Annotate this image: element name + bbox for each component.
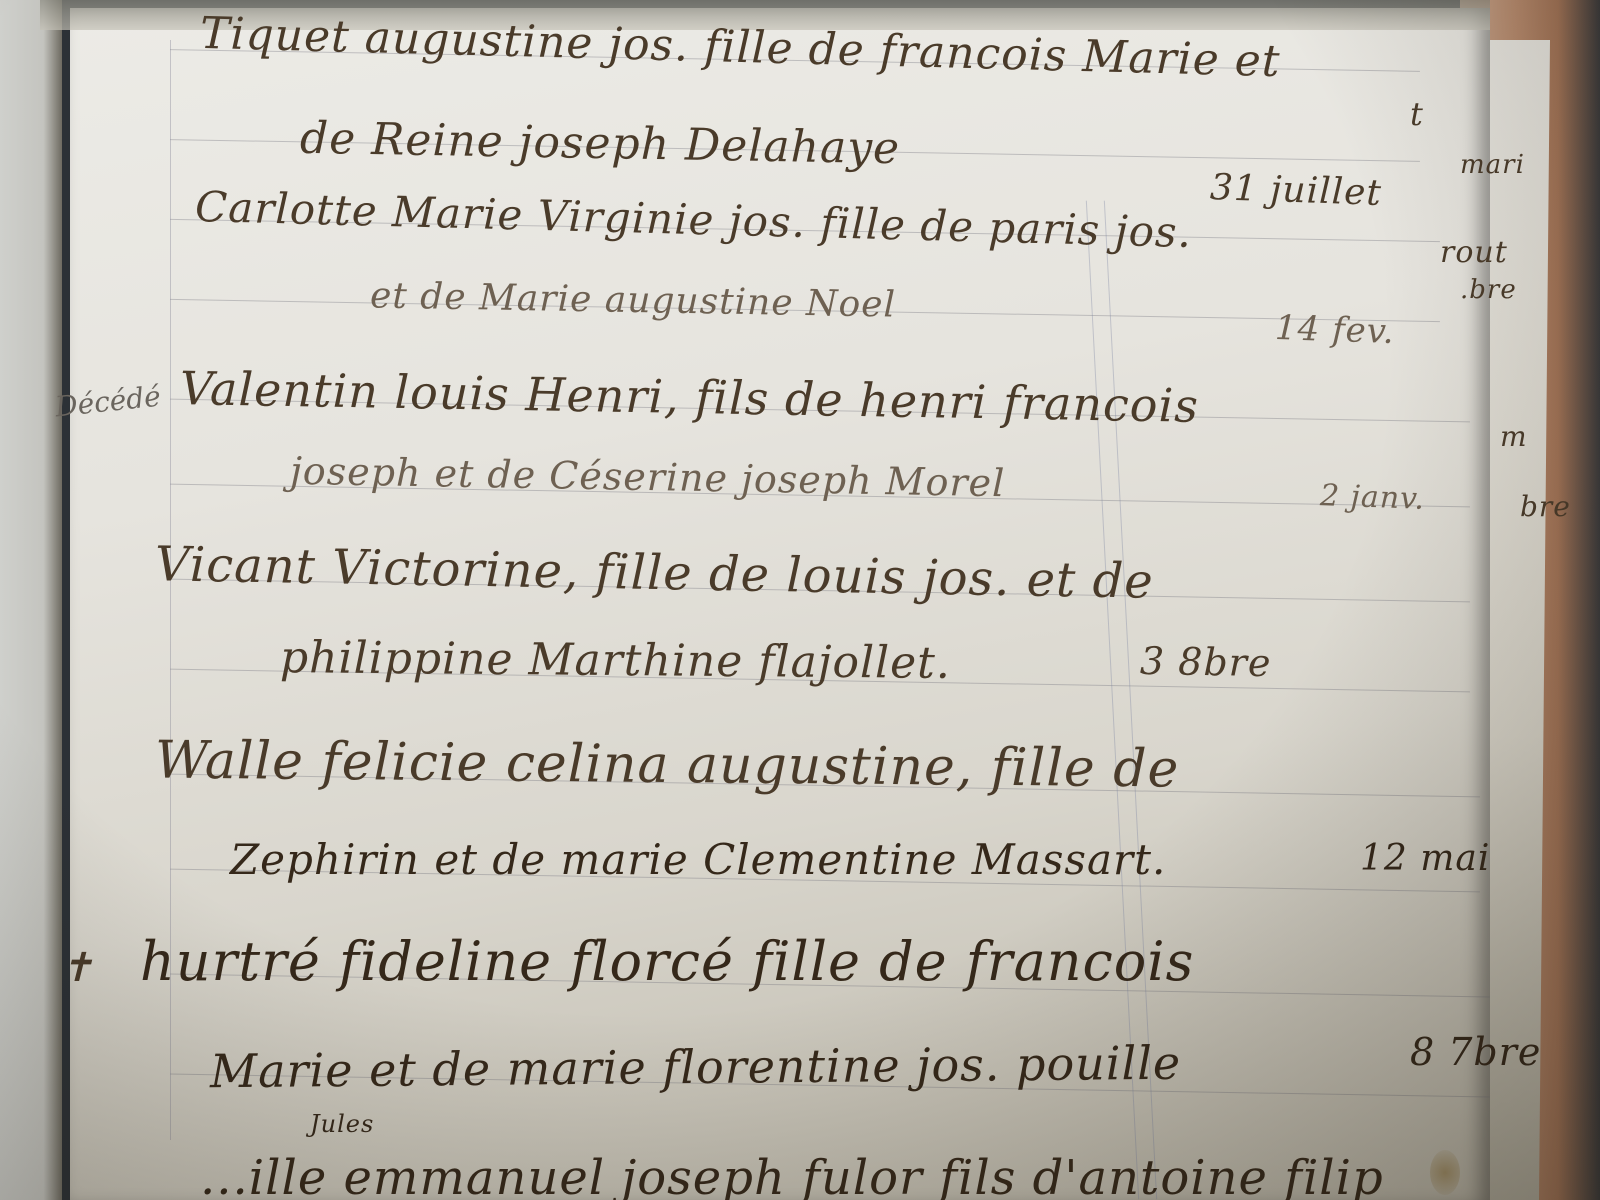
entry-7-line-1: ...ille emmanuel joseph fulor fils d'ant… [200,1150,1384,1200]
underlying-fragment: m [1500,420,1528,453]
entry-5-line-1: Walle felicie celina augustine, fille de [155,731,1180,800]
entry-2-date: 14 fev. [1274,308,1395,352]
underlying-fragment: bre [1520,490,1571,523]
entry-1-line-2: de Reine joseph Delahaye [300,113,901,174]
entry-5-line-2: Zephirin et de marie Clementine Massart. [230,835,1166,884]
entry-4-date: 3 8bre [1140,639,1272,685]
entry-7-interlinear-insert: Jules [310,1110,374,1138]
entry-1-date: 31 juillet [1209,167,1382,214]
entry-6-line-2: Marie et de marie florentine jos. pouill… [210,1036,1182,1098]
entry-5-date: 12 mai [1360,838,1490,879]
previous-page-edge [0,0,62,1200]
entry-3-date: 2 janv. [1319,478,1425,517]
entry-6-date: 8 7bre [1410,1030,1541,1074]
underlying-fragment: t [1410,95,1424,133]
entry-6-cross-mark: ✝ [60,945,94,991]
underlying-fragment: rout [1440,235,1508,270]
underlying-fragment: mari [1460,150,1525,180]
entry-6-line-1: hurtré fideline florcé fille de francois [140,930,1194,993]
underlying-fragment: .bre [1460,275,1517,305]
entry-4-line-2: philippine Marthine flajollet. [280,632,951,689]
photo-scene: Tiquet augustine jos. fille de francois … [0,0,1600,1200]
ink-stain [1430,1150,1460,1195]
